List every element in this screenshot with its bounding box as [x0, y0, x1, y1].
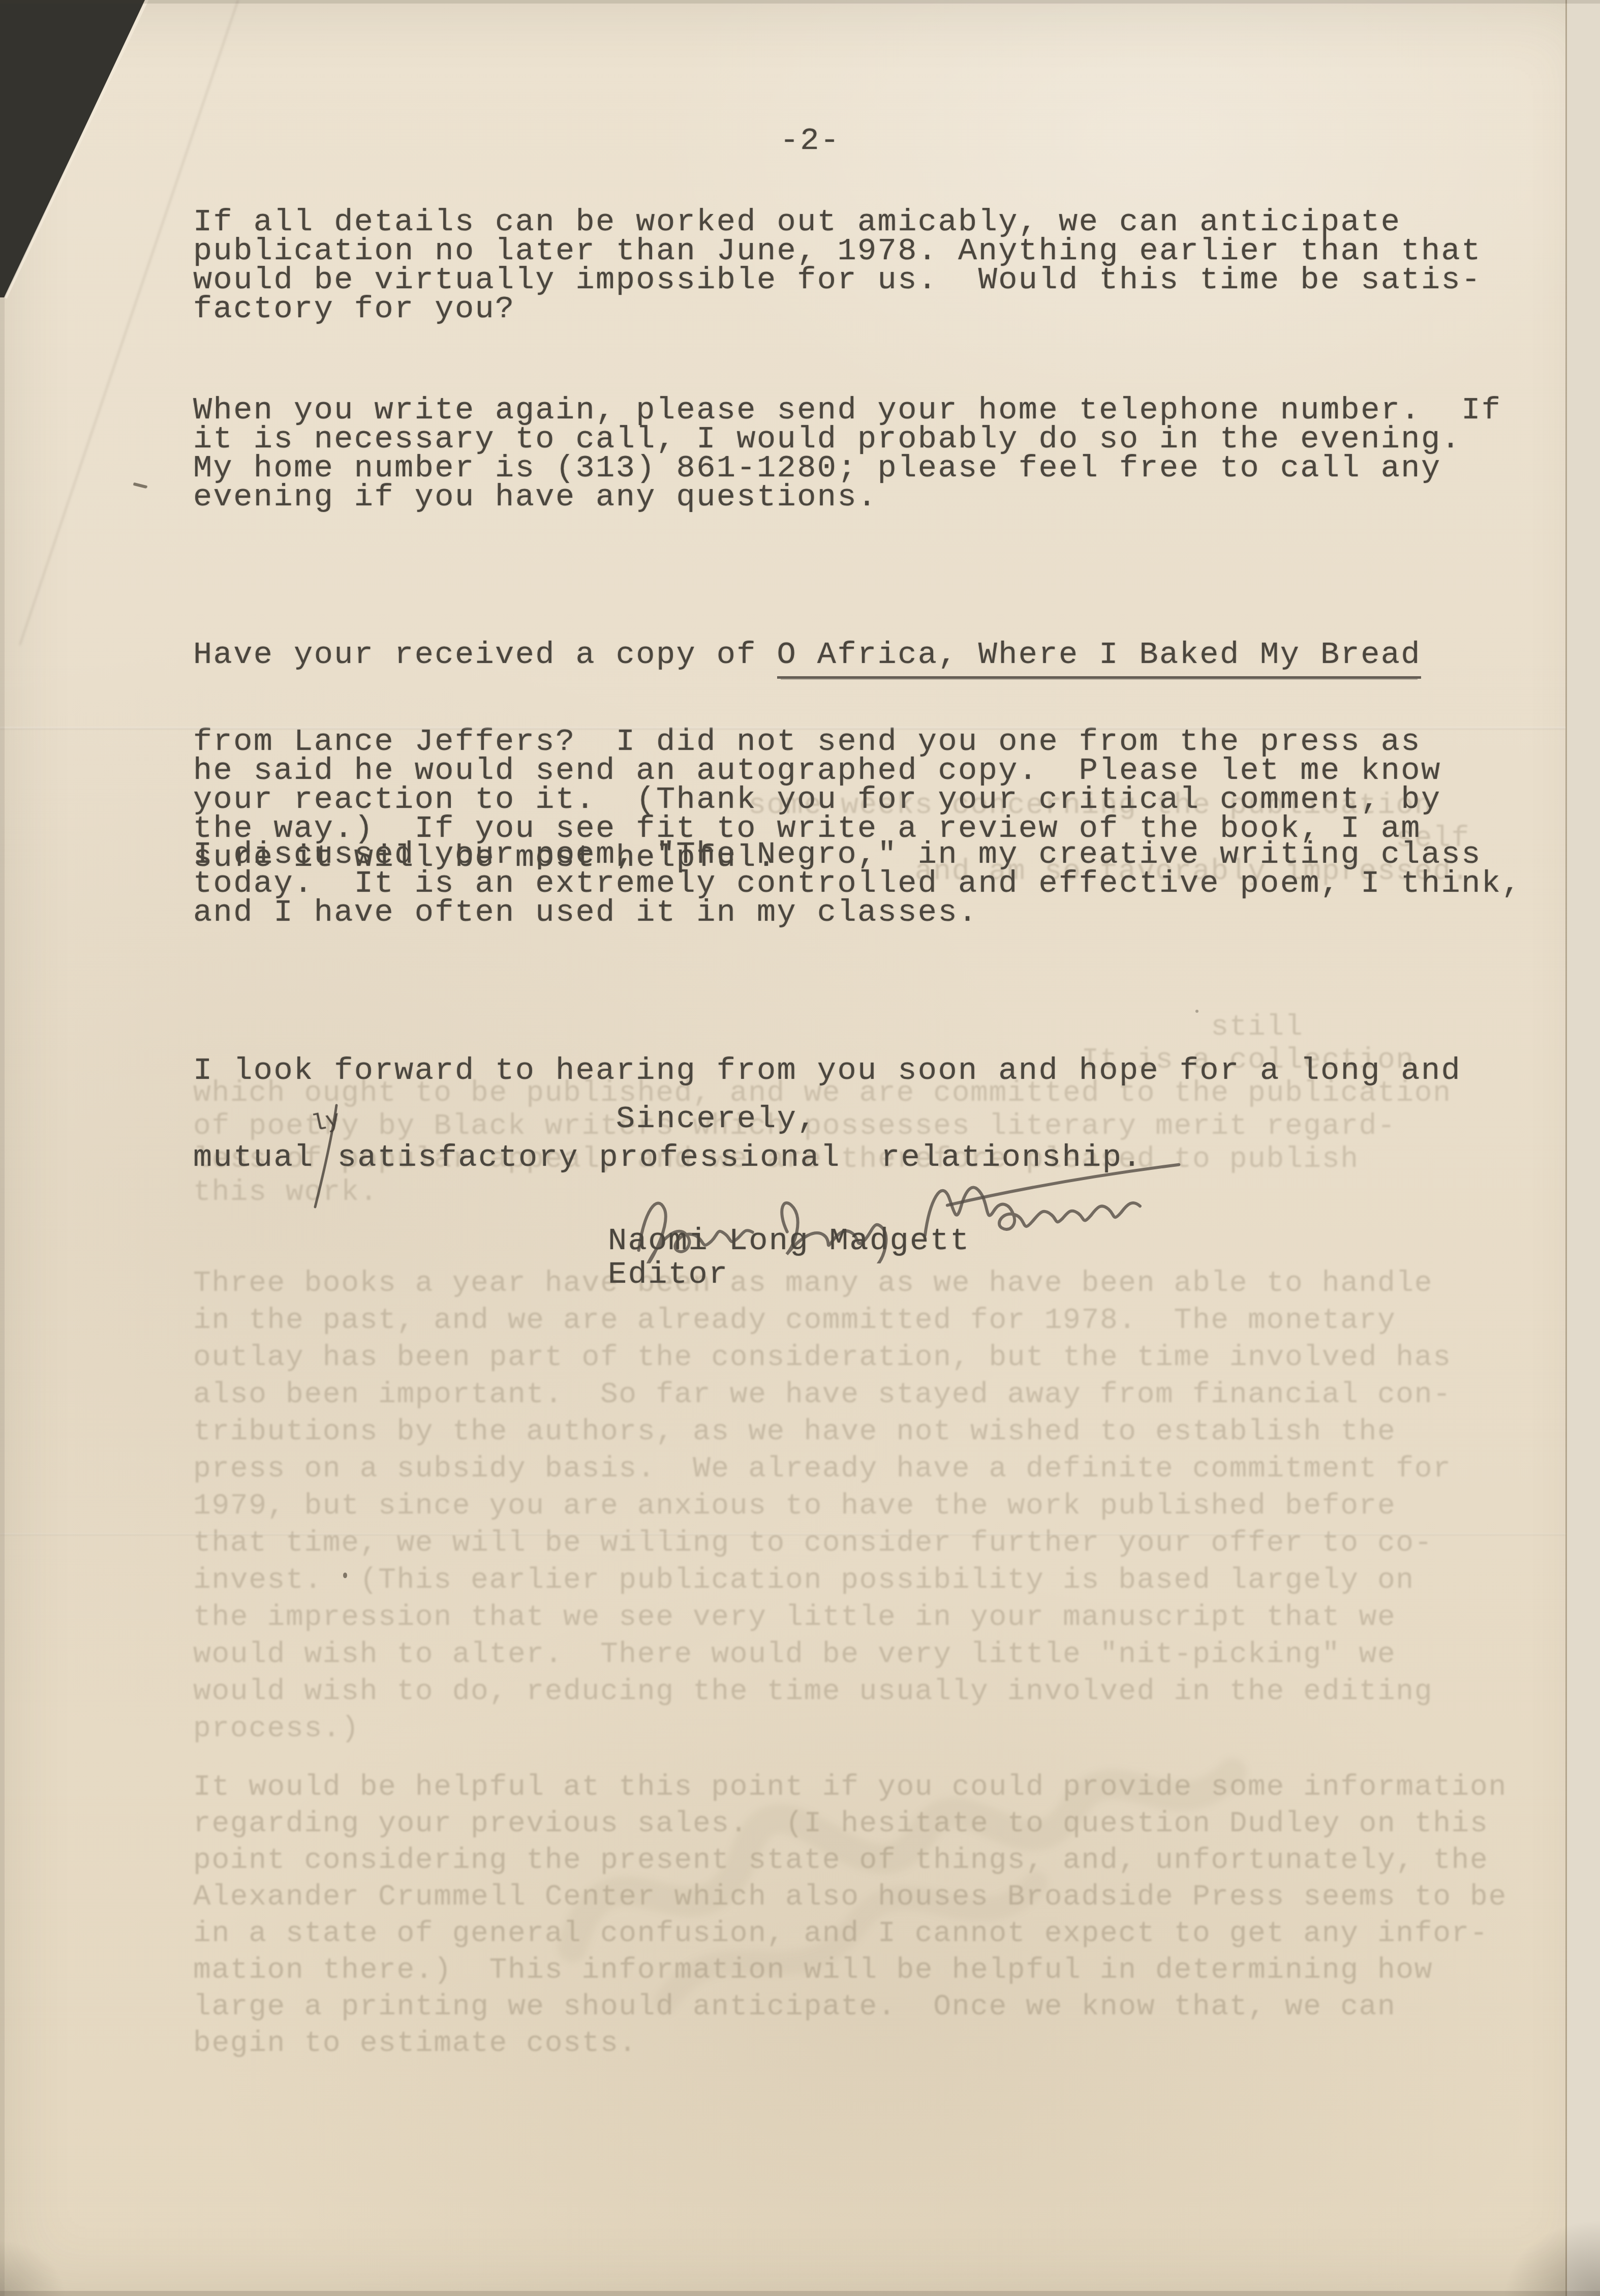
text-line: I look forward to hearing from you soon …	[193, 1056, 1461, 1085]
scan-edge-top	[0, 0, 1600, 4]
scan-right-page-edge	[1565, 0, 1600, 2296]
typed-sender-role: Editor	[608, 1260, 729, 1289]
text-line: When you write again, please send your h…	[193, 396, 1501, 425]
corner-shadow-bottom-left	[0, 2240, 66, 2296]
line-lead-text: Have your received a copy of	[193, 637, 777, 673]
paragraph-publication-schedule: If all details can be worked out amicabl…	[193, 207, 1482, 323]
text-line: your reaction to it. (Thank you for your…	[193, 785, 1441, 814]
horizontal-fold-crease-upper	[0, 727, 1565, 730]
paper-speck	[1195, 1010, 1198, 1013]
handwritten-insertion: ly	[314, 1143, 337, 1172]
scan-edge-bottom	[0, 2291, 1600, 2296]
text-line: from Lance Jeffers? I did not send you o…	[193, 727, 1441, 756]
paragraph-telephone: When you write again, please send your h…	[193, 396, 1501, 511]
text-line: today. It is an extremely controlled and…	[193, 869, 1522, 898]
closing-salutation: Sincerely,	[616, 1104, 817, 1133]
handwritten-ly: ly	[310, 1108, 342, 1136]
text-line: in the past, and we are already committe…	[193, 1302, 1452, 1339]
text-line: also been important. So far we have stay…	[193, 1376, 1452, 1413]
text-line: invest. (This earlier publication possib…	[193, 1562, 1452, 1599]
text-line: it is necessary to call, I would probabl…	[193, 425, 1501, 454]
text-line: If all details can be worked out amicabl…	[193, 207, 1482, 236]
scan-edge-left	[0, 295, 5, 2296]
margin-pen-mark	[133, 482, 148, 489]
text-line: he said he would send an autographed cop…	[193, 756, 1441, 785]
typed-sender-name: Naomi Long Madgett	[608, 1226, 970, 1255]
text-line: factory for you?	[193, 294, 1482, 323]
text-line: would be virtually impossible for us. Wo…	[193, 265, 1482, 294]
paragraph-poem-discussion: I discussed your poem, "The Negro," in m…	[193, 840, 1522, 927]
text-line: that time, we will be willing to conside…	[193, 1525, 1452, 1562]
text-line: I discussed your poem, "The Negro," in m…	[193, 840, 1522, 869]
text-line: evening if you have any questions.	[193, 482, 1501, 511]
text-line: publication no later than June, 1978. An…	[193, 236, 1482, 265]
book-title-underlined: O Africa, Where I Baked My Bread	[777, 637, 1421, 679]
page-number: -2-	[193, 126, 1427, 155]
text-line: outlay has been part of the consideratio…	[193, 1339, 1452, 1376]
horizontal-fold-crease-lower	[0, 1533, 1565, 1535]
text-line: press on a subsidy basis. We already hav…	[193, 1451, 1452, 1488]
corner-shadow-bottom-right	[1503, 2220, 1600, 2296]
text-line: and I have often used it in my classes.	[193, 898, 1522, 927]
text-line: the impression that we see very little i…	[193, 1599, 1452, 1636]
text-line: Have your received a copy of O Africa, W…	[193, 640, 1441, 669]
text-line: Three books a year have been as many as …	[193, 1265, 1452, 1302]
scanned-letter-page: some weeks concerning the publication se…	[0, 0, 1600, 2296]
paper-speck	[343, 1573, 347, 1578]
text-line: 1979, but since you are anxious to have …	[193, 1488, 1452, 1525]
text-line: My home number is (313) 861-1280; please…	[193, 454, 1501, 482]
text-line: tributions by the authors, as we have no…	[193, 1413, 1452, 1451]
corrected-word-base: mutual	[193, 1139, 314, 1175]
